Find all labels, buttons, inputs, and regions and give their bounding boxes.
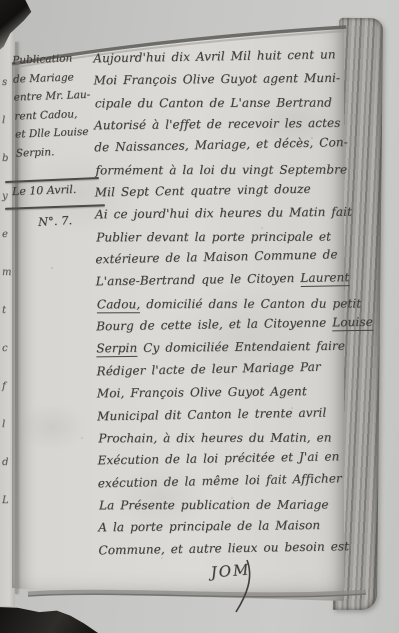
line-text: de Naissances, Mariage, et décès, Con- (94, 135, 348, 154)
line-text: A la porte principale de la Maison (98, 518, 320, 534)
line-text: Exécution de la loi précitée et J'ai en (97, 450, 339, 468)
signature-initials: JOM (210, 560, 251, 581)
line-text: Prochain, à dix heures du Matin, en (98, 430, 331, 445)
margin-note-line: Serpin. (15, 141, 102, 163)
line-text: extérieure de la Maison Commune de (95, 247, 337, 266)
line-text: domicilié dans le Canton du petit (140, 296, 361, 311)
manuscript-line: Moi François Olive Guyot agent Muni- (93, 67, 351, 92)
line-text: La Présente publication de Mariage (99, 497, 329, 512)
manuscript-line: Ai ce jourd'hui dix heures du Matin fait (95, 201, 353, 226)
margin-note-line: et Dlle Louise (15, 123, 102, 145)
manuscript-line: Municipal dit Canton le trente avril (97, 401, 355, 428)
line-text: Commune, et autre lieux ou besoin est (98, 539, 349, 557)
margin-note: Publication de Mariage entre Mr. Lau- re… (12, 48, 102, 163)
line-text: exécution de la même loi fait Afficher (98, 471, 342, 490)
manuscript-line: exécution de la même loi fait Afficher (98, 466, 356, 494)
manuscript-line: L'anse-Bertrand que le Citoyen Laurent (95, 267, 353, 294)
edge-text-fragments: s l b y e m t c f l d L (2, 64, 11, 520)
line-text: Ai ce jourd'hui dix heures du Matin fait (95, 205, 352, 222)
manuscript-line: La Présente publication de Mariage (99, 493, 357, 516)
underlined-name: Laurent (300, 271, 349, 287)
line-text: Aujourd'hui dix Avril Mil huit cent un (93, 47, 336, 65)
manuscript-line: Commune, et autre lieux ou besoin est (98, 535, 356, 562)
manuscript-line: cipale du Canton de L'anse Bertrand (95, 91, 353, 114)
manuscript-line: Mil Sept Cent quatre vingt douze (95, 177, 353, 204)
line-text: Publier devant la porte principale et (96, 229, 331, 244)
manuscript-line: Aujourd'hui dix Avril Mil huit cent un (93, 43, 351, 70)
line-text: Bourg de cette isle, et la Citoyenne (96, 316, 332, 334)
underlined-name: Serpin (96, 341, 137, 357)
line-text: L'anse-Bertrand que le Citoyen (96, 271, 301, 288)
line-text: cipale du Canton de L'anse Bertrand (95, 95, 332, 110)
manuscript-text: Aujourd'hui dix Avril Mil huit cent un M… (93, 45, 357, 582)
line-text: Municipal dit Canton le trente avril (97, 405, 326, 423)
date-note: Le 10 Avril. (12, 183, 77, 198)
manuscript-line: Rédiger l'acte de leur Mariage Par (96, 355, 354, 383)
line-text: Autorisé à l'effet de recevoir les actes (94, 116, 341, 133)
underlined-name: Louise (332, 315, 373, 331)
line-text: Cy domiciliée Entendaient faire (137, 339, 345, 355)
underlined-name: Cadou, (97, 297, 140, 313)
line-text: Moi, François Olive Guyot Agent (97, 384, 307, 400)
scanned-register-photo: s l b y e m t c f l d L Publication de M… (0, 0, 399, 633)
line-text: Rédiger l'acte de leur Mariage Par (96, 359, 320, 378)
manuscript-line: de Naissances, Mariage, et décès, Con- (94, 131, 352, 159)
line-text: Mil Sept Cent quatre vingt douze (95, 182, 311, 200)
manuscript-line: Bourg de cette isle, et la Citoyenne Lou… (96, 311, 354, 338)
line-text: formément à la loi du vingt Septembre (95, 162, 347, 177)
line-text: Moi François Olive Guyot agent Muni- (93, 71, 340, 88)
margin-note-line: entre Mr. Lau- (13, 86, 100, 108)
record-number: N°. 7. (38, 213, 73, 229)
